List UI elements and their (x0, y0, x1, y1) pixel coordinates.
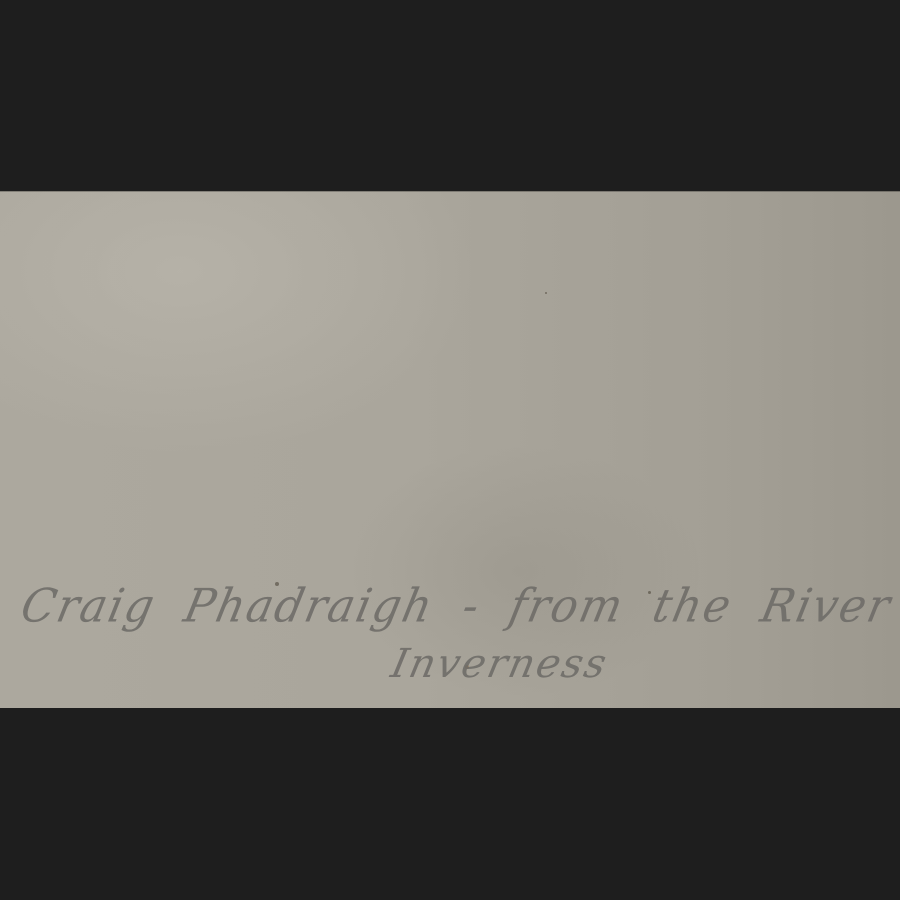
paper-speck (545, 292, 547, 294)
inscription-line-2: Inverness (387, 641, 612, 687)
photo-frame: Craig Phadraigh - from the River Inverne… (0, 0, 900, 900)
inscription-line-1: Craig Phadraigh - from the River (16, 580, 900, 634)
paper-sheet: Craig Phadraigh - from the River Inverne… (0, 191, 900, 708)
